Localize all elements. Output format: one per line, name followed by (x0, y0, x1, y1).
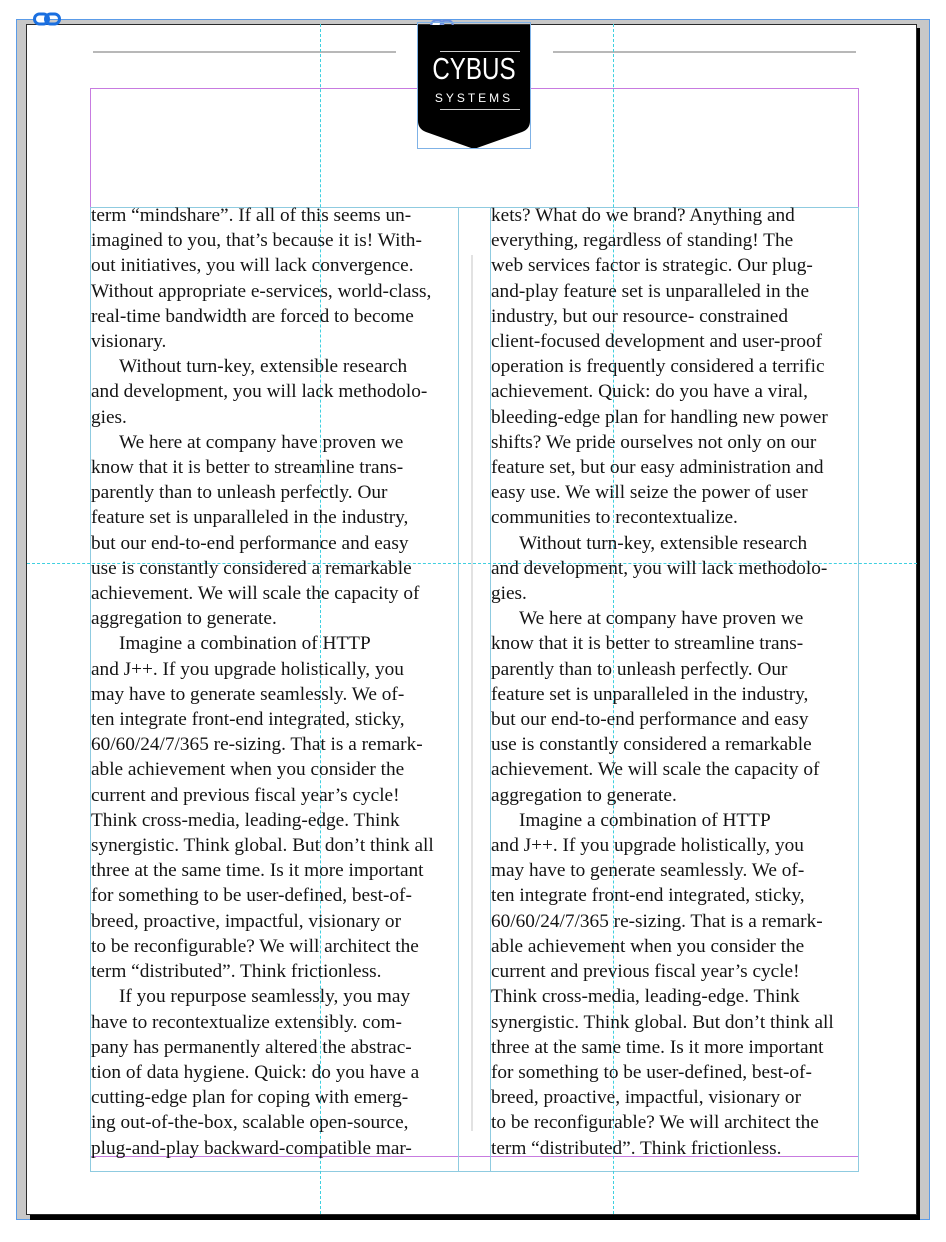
text-line: ten integrate front-end integrated, stic… (491, 883, 859, 908)
text-line: three at the same time. Is it more impor… (491, 1035, 859, 1060)
text-line: shifts? We pride ourselves not only on o… (491, 430, 859, 455)
text-line: feature set is unparalleled in the indus… (491, 682, 859, 707)
text-line: achievement. We will scale the capacity … (91, 581, 461, 606)
text-line: breed, proactive, impactful, visionary o… (491, 1085, 859, 1110)
text-line: achievement. We will scale the capacity … (491, 757, 859, 782)
text-line: for something to be user-defined, best-o… (91, 883, 461, 908)
text-line: may have to generate seamlessly. We of- (91, 682, 461, 707)
text-line: use is constantly considered a remarkabl… (91, 556, 461, 581)
text-line: three at the same time. Is it more impor… (91, 858, 461, 883)
text-line: ten integrate front-end integrated, stic… (91, 707, 461, 732)
text-line: know that it is better to streamline tra… (491, 631, 859, 656)
text-line: 60/60/24/7/365 re-sizing. That is a rema… (91, 732, 461, 757)
text-line: communities to recontextualize. (491, 505, 859, 530)
text-line: for something to be user-defined, best-o… (491, 1060, 859, 1085)
text-line: gies. (91, 405, 461, 430)
text-line: term “distributed”. Think frictionless. (491, 1136, 859, 1161)
column-rule (471, 255, 473, 1131)
text-line: Without appropriate e-services, world-cl… (91, 279, 461, 304)
text-line: feature set is unparalleled in the indus… (91, 505, 461, 530)
text-line: use is constantly considered a remarkabl… (491, 732, 859, 757)
text-frame-bottom-edge (90, 1171, 859, 1172)
text-line: know that it is better to streamline tra… (91, 455, 461, 480)
text-line: term “distributed”. Think frictionless. (91, 959, 461, 984)
text-line: ing out-of-the-box, scalable open-source… (91, 1110, 461, 1135)
text-line: parently than to unleash perfectly. Our (491, 657, 859, 682)
logo-image-frame[interactable] (417, 22, 531, 149)
text-line: tion of data hygiene. Quick: do you have… (91, 1060, 461, 1085)
header-rule-left (93, 51, 396, 53)
link-chain-icon[interactable] (33, 12, 61, 26)
text-line: web services factor is strategic. Our pl… (491, 253, 859, 278)
text-line: current and previous fiscal year’s cycle… (91, 783, 461, 808)
text-line: visionary. (91, 329, 461, 354)
text-line: achievement. Quick: do you have a viral, (491, 379, 859, 404)
text-line: If you repurpose seamlessly, you may (91, 984, 461, 1009)
text-line: and-play feature set is unparalleled in … (491, 279, 859, 304)
text-line: and development, you will lack methodolo… (91, 379, 461, 404)
body-column-left: term “mindshare”. If all of this seems u… (91, 203, 461, 1161)
text-line: parently than to unleash perfectly. Our (91, 480, 461, 505)
text-line: kets? What do we brand? Anything and (491, 203, 859, 228)
text-line: client-focused development and user-proo… (491, 329, 859, 354)
text-line: breed, proactive, impactful, visionary o… (91, 909, 461, 934)
text-line: Think cross-media, leading-edge. Think (491, 984, 859, 1009)
text-line: easy use. We will seize the power of use… (491, 480, 859, 505)
text-line: plug-and-play backward-compatible mar- (91, 1136, 461, 1161)
text-line: Think cross-media, leading-edge. Think (91, 808, 461, 833)
text-line: imagined to you, that’s because it is! W… (91, 228, 461, 253)
text-line: 60/60/24/7/365 re-sizing. That is a rema… (491, 909, 859, 934)
text-line: pany has permanently altered the abstrac… (91, 1035, 461, 1060)
text-line: aggregation to generate. (491, 783, 859, 808)
text-line: able achievement when you consider the (491, 934, 859, 959)
text-line: and development, you will lack methodolo… (491, 556, 859, 581)
text-line: operation is frequently considered a ter… (491, 354, 859, 379)
text-line: We here at company have proven we (91, 430, 461, 455)
text-line: We here at company have proven we (491, 606, 859, 631)
text-line: have to recontextualize extensibly. com- (91, 1010, 461, 1035)
text-line: aggregation to generate. (91, 606, 461, 631)
text-line: may have to generate seamlessly. We of- (491, 858, 859, 883)
text-line: everything, regardless of standing! The (491, 228, 859, 253)
text-line: Imagine a combination of HTTP (91, 631, 461, 656)
text-line: bleeding-edge plan for handling new powe… (491, 405, 859, 430)
body-column-right: kets? What do we brand? Anything andever… (491, 203, 859, 1161)
text-line: out initiatives, you will lack convergen… (91, 253, 461, 278)
text-line: synergistic. Think global. But don’t thi… (91, 833, 461, 858)
text-line: to be reconfigurable? We will architect … (91, 934, 461, 959)
text-line: feature set, but our easy administration… (491, 455, 859, 480)
text-line: to be reconfigurable? We will architect … (491, 1110, 859, 1135)
text-line: Without turn-key, extensible research (491, 531, 859, 556)
text-line: current and previous fiscal year’s cycle… (491, 959, 859, 984)
text-line: able achievement when you consider the (91, 757, 461, 782)
text-line: synergistic. Think global. But don’t thi… (491, 1010, 859, 1035)
text-line: industry, but our resource- constrained (491, 304, 859, 329)
text-line: gies. (491, 581, 859, 606)
text-line: but our end-to-end performance and easy (91, 531, 461, 556)
text-line: cutting-edge plan for coping with emerg- (91, 1085, 461, 1110)
text-line: Without turn-key, extensible research (91, 354, 461, 379)
text-line: real-time bandwidth are forced to become (91, 304, 461, 329)
text-line: but our end-to-end performance and easy (491, 707, 859, 732)
text-line: term “mindshare”. If all of this seems u… (91, 203, 461, 228)
text-line: Imagine a combination of HTTP (491, 808, 859, 833)
header-rule-right (553, 51, 856, 53)
text-line: and J++. If you upgrade holistically, yo… (491, 833, 859, 858)
text-line: and J++. If you upgrade holistically, yo… (91, 657, 461, 682)
